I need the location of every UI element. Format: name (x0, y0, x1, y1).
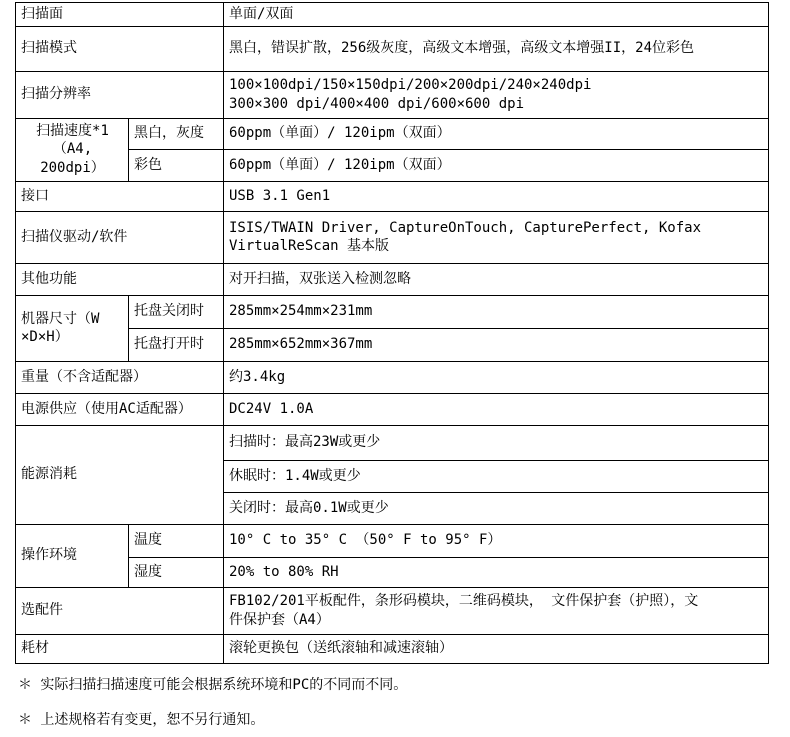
operating-environment-label: 操作环境 (16, 524, 129, 587)
table-row: 电源供应（使用AC适配器） DC24V 1.0A (16, 393, 769, 425)
table-row: 能源消耗 扫描时：最高23W或更少 (16, 425, 769, 460)
other-functions-value: 对开扫描，双张送入检测忽略 (224, 263, 769, 295)
humidity-label: 湿度 (129, 557, 224, 587)
scan-speed-color-label: 彩色 (129, 149, 224, 181)
consumables-value: 滚轮更换包（送纸滚轴和减速滚轴） (224, 634, 769, 663)
scan-side-label: 扫描面 (16, 3, 224, 27)
table-row: 操作环境 温度 10° C to 35° C （50° F to 95° F） (16, 524, 769, 557)
consumables-label: 耗材 (16, 634, 224, 663)
dimensions-tray-open-label: 托盘打开时 (129, 328, 224, 361)
table-row: 选配件 FB102/201平板配件，条形码模块，二维码模块， 文件保护套（护照）… (16, 587, 769, 634)
energy-off-value: 关闭时：最高0.1W或更少 (224, 492, 769, 524)
interface-label: 接口 (16, 181, 224, 211)
dimensions-tray-closed-value: 285mm×254mm×231mm (224, 295, 769, 328)
spec-sheet-page: 扫描面 单面/双面 扫描模式 黑白，错误扩散，256级灰度，高级文本增强，高级文… (0, 0, 790, 737)
table-row: 托盘打开时 285mm×652mm×367mm (16, 328, 769, 361)
table-row: 接口 USB 3.1 Gen1 (16, 181, 769, 211)
spec-table: 扫描面 单面/双面 扫描模式 黑白，错误扩散，256级灰度，高级文本增强，高级文… (15, 2, 769, 664)
power-supply-label: 电源供应（使用AC适配器） (16, 393, 224, 425)
table-row: 扫描模式 黑白，错误扩散，256级灰度，高级文本增强，高级文本增强II，24位彩… (16, 26, 769, 71)
energy-scanning-value: 扫描时：最高23W或更少 (224, 425, 769, 460)
humidity-value: 20% to 80% RH (224, 557, 769, 587)
interface-value: USB 3.1 Gen1 (224, 181, 769, 211)
driver-software-label: 扫描仪驱动/软件 (16, 211, 224, 263)
dimensions-label: 机器尺寸（W ×D×H） (16, 295, 129, 361)
energy-consumption-label: 能源消耗 (16, 425, 224, 524)
options-label: 选配件 (16, 587, 224, 634)
weight-value: 约3.4kg (224, 361, 769, 393)
footnotes: ＊ 实际扫描扫描速度可能会根据系统环境和PC的不同而不同。 ＊ 上述规格若有变更… (15, 676, 790, 730)
driver-software-value: ISIS/TWAIN Driver, CaptureOnTouch, Captu… (224, 211, 769, 263)
table-row: 彩色 60ppm（单面）/ 120ipm（双面） (16, 149, 769, 181)
table-row: 扫描面 单面/双面 (16, 3, 769, 27)
scan-speed-bw-gray-value: 60ppm（单面）/ 120ipm（双面） (224, 118, 769, 149)
table-row: 重量（不含适配器） 约3.4kg (16, 361, 769, 393)
scan-speed-color-value: 60ppm（单面）/ 120ipm（双面） (224, 149, 769, 181)
table-row: 其他功能 对开扫描，双张送入检测忽略 (16, 263, 769, 295)
scan-mode-value: 黑白，错误扩散，256级灰度，高级文本增强，高级文本增强II，24位彩色 (224, 26, 769, 71)
scan-mode-label: 扫描模式 (16, 26, 224, 71)
temperature-value: 10° C to 35° C （50° F to 95° F） (224, 524, 769, 557)
resolution-label: 扫描分辨率 (16, 71, 224, 118)
dimensions-tray-closed-label: 托盘关闭时 (129, 295, 224, 328)
scan-speed-bw-gray-label: 黑白，灰度 (129, 118, 224, 149)
table-row: 扫描速度*1 （A4, 200dpi） 黑白，灰度 60ppm（单面）/ 120… (16, 118, 769, 149)
table-row: 扫描仪驱动/软件 ISIS/TWAIN Driver, CaptureOnTou… (16, 211, 769, 263)
options-value: FB102/201平板配件，条形码模块，二维码模块， 文件保护套（护照），文 件… (224, 587, 769, 634)
energy-sleep-value: 休眠时：1.4W或更少 (224, 460, 769, 492)
table-row: 耗材 滚轮更换包（送纸滚轴和减速滚轴） (16, 634, 769, 663)
scan-side-value: 单面/双面 (224, 3, 769, 27)
footnote-scan-speed: ＊ 实际扫描扫描速度可能会根据系统环境和PC的不同而不同。 (18, 676, 790, 695)
table-row: 机器尺寸（W ×D×H） 托盘关闭时 285mm×254mm×231mm (16, 295, 769, 328)
table-row: 湿度 20% to 80% RH (16, 557, 769, 587)
scan-speed-label: 扫描速度*1 （A4, 200dpi） (16, 118, 129, 181)
power-supply-value: DC24V 1.0A (224, 393, 769, 425)
dimensions-tray-open-value: 285mm×652mm×367mm (224, 328, 769, 361)
footnote-spec-change: ＊ 上述规格若有变更，恕不另行通知。 (18, 711, 790, 730)
temperature-label: 温度 (129, 524, 224, 557)
other-functions-label: 其他功能 (16, 263, 224, 295)
table-row: 扫描分辨率 100×100dpi/150×150dpi/200×200dpi/2… (16, 71, 769, 118)
weight-label: 重量（不含适配器） (16, 361, 224, 393)
resolution-value: 100×100dpi/150×150dpi/200×200dpi/240×240… (224, 71, 769, 118)
